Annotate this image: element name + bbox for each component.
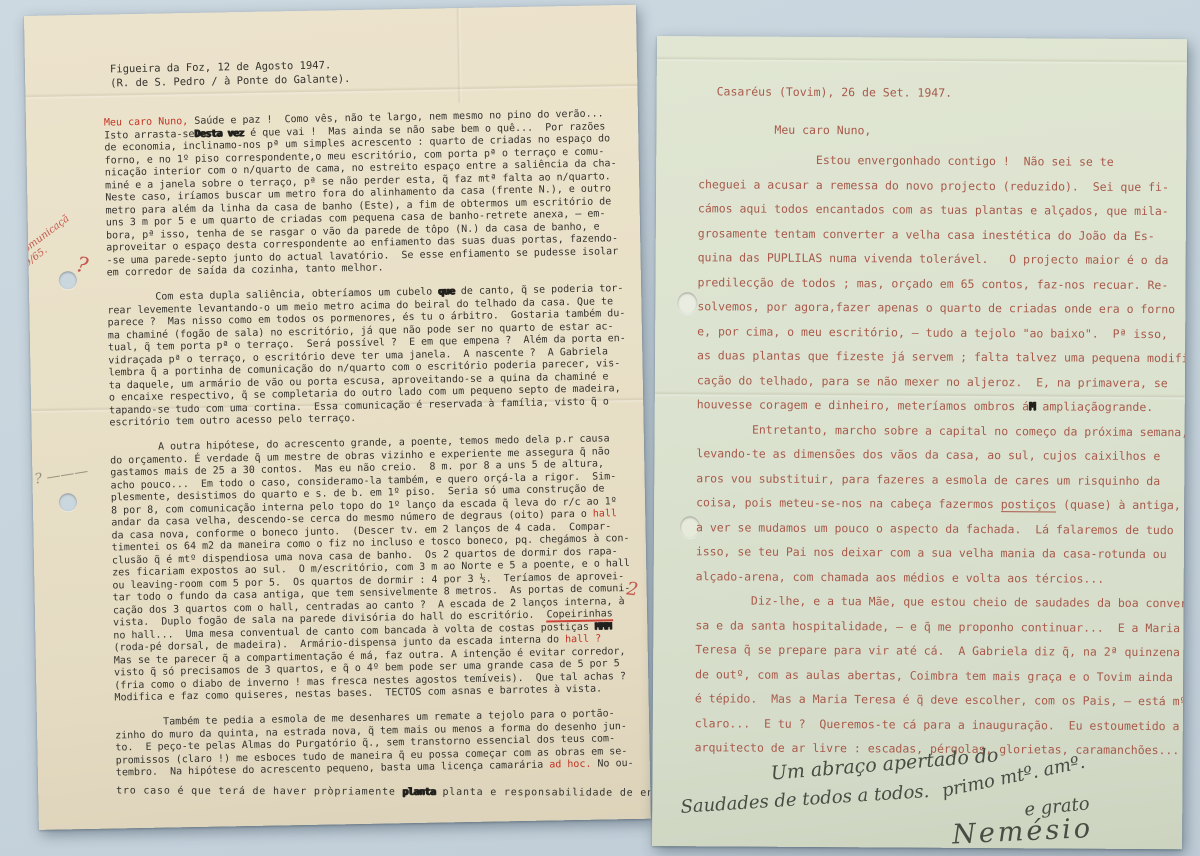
typed-line: cheguei a acusar a remessa do novo proje… [698,172,1184,199]
text-run: aros vou substituir, para fazeres a esmo… [696,471,1160,488]
text-run: cação do telhado, para se não mexer no a… [697,373,1168,390]
handwriting-saudades: Saudades de todos a todos. [680,781,930,818]
text-run-plain: tro caso é que terá de haver pròpriament… [116,785,403,797]
photo-scene: Figueira da Foz, 12 de Agosto 1947.(R. d… [0,0,1200,856]
typed-line: quina das PUPLILAS numa vivenda toleráve… [698,245,1184,272]
text-run-ul: postiços [1001,497,1056,512]
typed-line: é tépido. Mas a Maria Teresa é q̃ deve e… [695,686,1181,713]
left-letter-body: Meu caro Nuno, Saúde e paz ! Como vês, n… [104,108,640,797]
fold-crease [456,8,463,103]
letter-right-salutation: Meu caro Nuno, [774,123,871,138]
typed-line: aros vou substituir, para fazeres a esmo… [696,466,1182,493]
typed-line: cação do telhado, para se não mexer no a… [697,368,1183,395]
text-run-plain: coisa, pois meteu-se-nos na cabeça fazer… [696,495,1001,511]
text-run: e, por cima, o meu escritório, — tudo a … [697,324,1168,341]
text-run: sa e da santa hospitalidade, — e q̃ me p… [695,618,1180,635]
text-run-plain: Isto arrasta-se [104,128,194,141]
text-run: Teresa q̃ se prepare para vir até cá. A … [695,642,1187,659]
address-line: (R. de S. Pedro / à Ponte do Galante). [110,73,350,89]
text-run: isso, se teu Pai nos deixar com a sua ve… [696,544,1167,561]
text-run: grosamente tentam converter a velha casa… [698,226,1155,243]
text-run-red: hall [593,508,617,519]
text-run: solvemos, por agora,fazer apenas o quart… [697,299,1175,316]
typed-line: Estou envergonhado contigo ! Não sei se … [698,147,1184,174]
pencil-question-mark: ? ——— [34,463,90,487]
typed-line: de outº, com as aulas abertas, Coimbra t… [695,662,1181,689]
letter-right-paper: Casaréus (Tovim), 26 de Set. 1947. Meu c… [652,36,1187,849]
text-run: a ver se mudamos um pouco o aspecto da f… [696,520,1174,537]
text-run: de outº, com as aulas abertas, Coimbra t… [695,667,1173,684]
text-run-blot: MMM [595,621,612,632]
letter-left-paper: Figueira da Foz, 12 de Agosto 1947.(R. d… [24,5,651,830]
red-question-mark: ? [74,252,90,278]
text-run-blot: que [438,286,455,297]
punch-hole [59,493,77,511]
text-run: quina das PUPLILAS numa vivenda toleráve… [698,250,1169,267]
text-run: Diz-lhe, e a tua Mãe, que estou cheio de… [696,593,1187,610]
signature: Nemésio [952,813,1094,849]
text-run-blot: Desta vez [194,127,244,139]
margin-number-2: 2 [625,578,639,600]
typed-line: cámos aqui todos encantados com as tuas … [698,196,1184,223]
typed-line: isso, se teu Pai nos deixar com a sua ve… [696,539,1182,566]
text-run: cámos aqui todos encantados com as tuas … [698,201,1169,218]
punch-hole [677,292,697,314]
typed-line: coisa, pois meteu-se-nos na cabeça fazer… [696,490,1182,517]
typed-line: predilecção de todos ; mas, orçado em 65… [697,270,1183,297]
text-run: Estou envergonhado contigo ! Não sei se … [698,152,1113,169]
text-run: predilecção de todos ; mas, orçado em 65… [697,275,1168,292]
typed-line: sa e da santa hospitalidade, — e q̃ me p… [695,613,1181,640]
margin-annotation-red: Comunicaçã9/65. [24,213,79,270]
text-run: claro... E tu ? Queremos-te cá para a in… [695,716,1180,733]
text-run-red: ad hoc. [549,759,591,771]
text-run: Entretanto, marcho sobre a capital no co… [697,422,1187,439]
text-run-blot: planta [403,786,436,797]
typed-line: solvemos, por agora,fazer apenas o quart… [697,294,1183,321]
text-run: é tépido. Mas a Maria Teresa é q̃ deve e… [695,691,1187,708]
text-run-red: Meu caro Nuno, [104,116,188,129]
text-run: alçado-arena, com chamada aos médios e v… [696,569,1105,585]
letter-left-header: Figueira da Foz, 12 de Agosto 1947.(R. d… [110,58,351,90]
right-letter-body: Estou envergonhado contigo ! Não sei se … [695,147,1185,762]
typed-line: claro... E tu ? Queremos-te cá para a in… [695,711,1181,738]
text-run-plain: as duas plantas que fizeste já servem ; … [697,348,1187,365]
text-run-plain: (quase) à antiga, [1056,497,1181,512]
typed-line: as duas plantas que fizeste já servem ; … [697,343,1183,370]
typed-line: tro caso é que terá de haver pròpriament… [116,785,640,800]
text-run-plain: ampliaçãogrande. [1035,399,1153,414]
typed-line: alçado-arena, com chamada aos médios e v… [696,564,1182,591]
text-run-plain: No ou- [591,758,633,770]
typed-line: Entretanto, marcho sobre a capital no co… [697,417,1183,444]
typed-line: Diz-lhe, e a tua Mãe, que estou cheio de… [695,588,1181,615]
text-run: cheguei a acusar a remessa do novo proje… [698,177,1169,194]
text-run: levando-te as dimensões dos vãos da casa… [696,446,1160,463]
typed-line: houvesse coragem e dinheiro, meteríamos … [697,392,1183,419]
typed-line: a ver se mudamos um pouco o aspecto da f… [696,515,1182,542]
text-run-plain: houvesse coragem e dinheiro, meteríamos … [697,397,1029,413]
typed-line: grosamente tentam converter a velha casa… [698,221,1184,248]
typed-line: Teresa q̃ se prepare para vir até cá. A … [695,637,1181,664]
letter-right-header: Casaréus (Tovim), 26 de Set. 1947. [717,84,952,99]
fold-crease [657,56,1187,65]
typed-line: levando-te as dimensões dos vãos da casa… [696,441,1182,468]
text-run-plain: planta e responsabilidade de engenhei- [436,786,651,798]
typed-line: e, por cima, o meu escritório, — tudo a … [697,319,1183,346]
text-run-red: hall ? [565,634,601,646]
